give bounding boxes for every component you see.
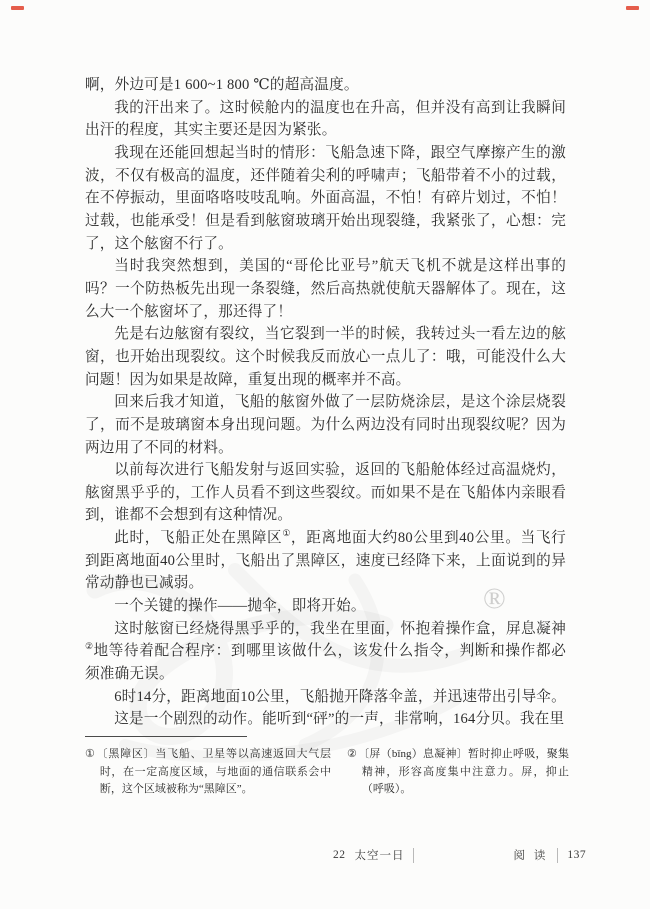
paragraph: 当时我突然想到，美国的“哥伦比亚号”航天飞机不就是这样出事的吗？一个防热板先出现… (85, 255, 566, 323)
text-run: 当时我突然想到，美国的“哥伦比亚号”航天飞机不就是这样出事的吗？一个防热板先出现… (85, 258, 566, 319)
body-text: 啊，外边可是1 600~1 800 ℃的超高温度。我的汗出来了。这时候舱内的温度… (85, 74, 566, 731)
paragraph: 回来后我才知道，飞船的舷窗外做了一层防烧涂层，是这个涂层烧裂了，而不是玻璃窗本身… (85, 391, 566, 459)
footnote-text: 〔屏（bǐng）息凝神〕暂时抑止呼吸，聚集精神，形容高度集中注意力。屏，抑止（呼… (358, 748, 569, 795)
text-run: 此时，飞船正处在黑障区 (114, 530, 282, 546)
lesson-number: 22 (333, 849, 346, 861)
text-run: 地等待着配合程序：到哪里该做什么，该发什么指令，判断和操作都必须准确无误。 (85, 643, 566, 682)
paragraph: 一个关键的操作——抛伞，即将开始。 (85, 595, 566, 618)
paragraph: 6时14分，距离地面10公里，飞船抛开降落伞盖，并迅速带出引导伞。 (85, 686, 566, 709)
footnote: ①〔黑障区〕当飞船、卫星等以高速返回大气层时，在一定高度区域，与地面的通信联系会… (85, 746, 331, 799)
text-run: 这时舷窗已经烧得黑乎乎的，我坐在里面，怀抱着操作盒，屏息凝神 (114, 621, 566, 637)
text-run: 先是右边舷窗有裂纹，当它裂到一半的时候，我转过头一看左边的舷窗，也开始出现裂纹。… (85, 326, 566, 387)
text-run: 6时14分，距离地面10公里，飞船抛开降落伞盖，并迅速带出引导伞。 (114, 689, 566, 705)
text-run: 这是一个剧烈的动作。能听到“砰”的一声，非常响，164分贝。我在里 (114, 711, 564, 727)
footnote-ref: ② (85, 642, 94, 652)
footnote-text: 〔黑障区〕当飞船、卫星等以高速返回大气层时，在一定高度区域，与地面的通信联系会中… (97, 748, 331, 795)
text-run: 一个关键的操作——抛伞，即将开始。 (114, 598, 366, 614)
text-run: 我的汗出来了。这时候舱内的温度也在升高，但并没有高到让我瞬间出汗的程度，其实主要… (85, 100, 566, 139)
paragraph: 我的汗出来了。这时候舱内的温度也在升高，但并没有高到让我瞬间出汗的程度，其实主要… (85, 97, 566, 142)
paragraph: 此时，飞船正处在黑障区①，距离地面大约80公里到40公里。当飞行到距离地面40公… (85, 527, 566, 595)
paragraph: 啊，外边可是1 600~1 800 ℃的超高温度。 (85, 74, 566, 97)
paragraph: 我现在还能回想起当时的情形：飞船急速下降，跟空气摩擦产生的激波，不仅有极高的温度… (85, 142, 566, 255)
footnote-column-left: ①〔黑障区〕当飞船、卫星等以高速返回大气层时，在一定高度区域，与地面的通信联系会… (85, 746, 331, 799)
footnote-ref: ① (282, 528, 291, 538)
footnote-marker: ① (85, 748, 96, 760)
paragraph: 以前每次进行飞船发射与返回实验，返回的飞船舱体经过高温烧灼，舷窗黑乎乎的，工作人… (85, 459, 566, 527)
section-label: 阅 读 (514, 847, 549, 863)
footnote-marker: ② (347, 748, 357, 760)
text-run: 啊，外边可是1 600~1 800 ℃的超高温度。 (85, 77, 359, 93)
footnote-column-right: ②〔屏（bǐng）息凝神〕暂时抑止呼吸，聚集精神，形容高度集中注意力。屏，抑止（… (347, 746, 569, 799)
footer-divider (413, 848, 414, 863)
crop-mark-top-left (11, 6, 24, 10)
paragraph: 这是一个剧烈的动作。能听到“砰”的一声，非常响，164分贝。我在里 (85, 708, 566, 731)
text-run: 我现在还能回想起当时的情形：飞船急速下降，跟空气摩擦产生的激波，不仅有极高的温度… (85, 145, 566, 252)
text-run: 以前每次进行飞船发射与返回实验，返回的飞船舱体经过高温烧灼，舷窗黑乎乎的，工作人… (85, 462, 566, 523)
paragraph: 先是右边舷窗有裂纹，当它裂到一半的时候，我转过头一看左边的舷窗，也开始出现裂纹。… (85, 323, 566, 391)
page-footer: 22 太空一日 阅 读 137 (333, 847, 586, 863)
text-run: 回来后我才知道，飞船的舷窗外做了一层防烧涂层，是这个涂层烧裂了，而不是玻璃窗本身… (85, 394, 566, 455)
footnotes-section: ①〔黑障区〕当飞船、卫星等以高速返回大气层时，在一定高度区域，与地面的通信联系会… (85, 736, 569, 799)
page-number: 137 (567, 849, 586, 861)
crop-mark-top-right (626, 6, 639, 10)
lesson-title: 太空一日 (355, 847, 405, 863)
footer-divider (557, 848, 558, 863)
footnote: ②〔屏（bǐng）息凝神〕暂时抑止呼吸，聚集精神，形容高度集中注意力。屏，抑止（… (347, 746, 569, 799)
paragraph: 这时舷窗已经烧得黑乎乎的，我坐在里面，怀抱着操作盒，屏息凝神②地等待着配合程序：… (85, 618, 566, 686)
footnote-divider (85, 736, 247, 737)
